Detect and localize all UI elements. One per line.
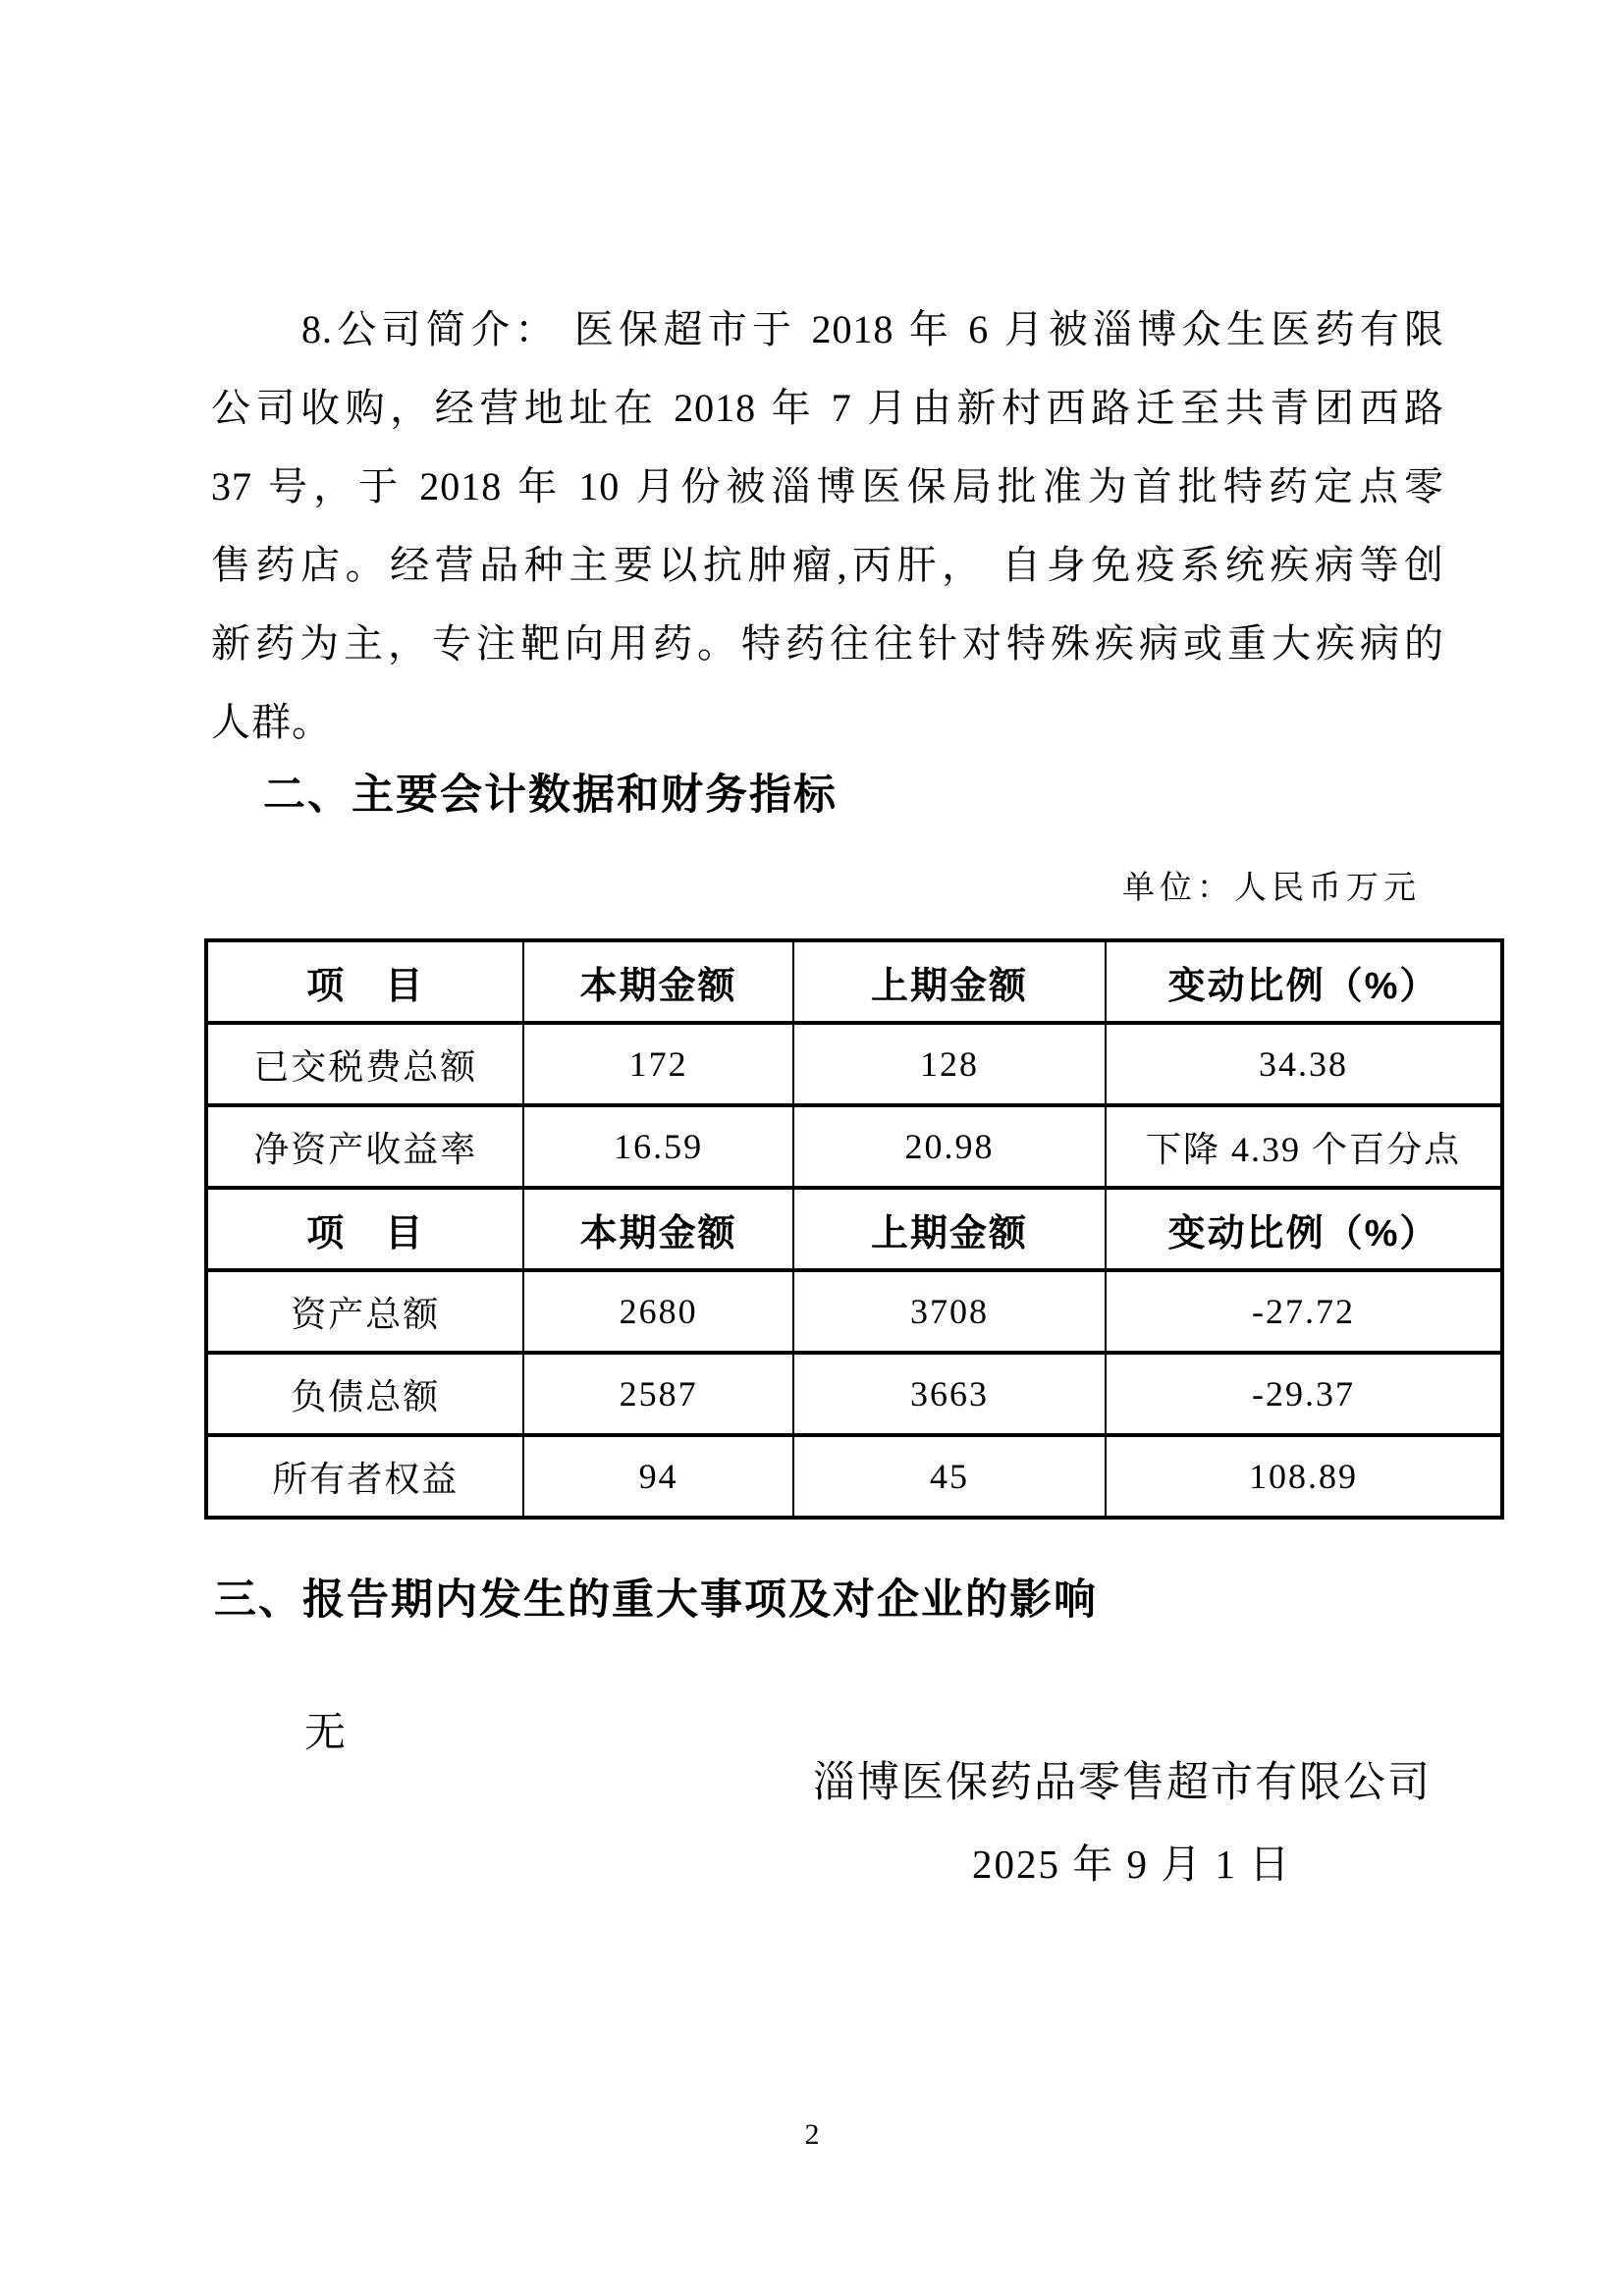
table-cell-current: 2587	[523, 1353, 793, 1435]
table-header-cell: 变动比例（%）	[1106, 940, 1502, 1023]
signature-date: 2025 年 9 月 1 日	[972, 1832, 1291, 1890]
table-row: 所有者权益 94 45 108.89	[206, 1435, 1502, 1518]
table-cell-item: 净资产收益率	[206, 1105, 523, 1188]
table-cell-change: -27.72	[1106, 1270, 1502, 1353]
section-2-heading: 二、主要会计数据和财务指标	[263, 762, 838, 822]
table-cell-current: 2680	[523, 1270, 793, 1353]
table-row: 已交税费总额 172 128 34.38	[206, 1023, 1502, 1105]
table-cell-previous: 20.98	[793, 1105, 1106, 1188]
document-page: 8.公司简介： 医保超市于 2018 年 6 月被淄博众生医药有限 公司收购，经…	[0, 0, 1624, 2296]
table-header-cell: 变动比例（%）	[1106, 1188, 1502, 1270]
table-cell-current: 172	[523, 1023, 793, 1105]
table-cell-change: -29.37	[1106, 1353, 1502, 1435]
intro-line: 37 号，于 2018 年 10 月份被淄博医保局批准为首批特药定点零	[211, 448, 1444, 526]
table-header-cell: 上期金额	[793, 1188, 1106, 1270]
table-cell-previous: 45	[793, 1435, 1106, 1518]
financial-indicators-table: 项 目 本期金额 上期金额 变动比例（%） 已交税费总额 172 128 34.…	[204, 938, 1504, 1520]
page-number: 2	[0, 2118, 1624, 2152]
table-header-cell: 上期金额	[793, 940, 1106, 1023]
table-header-cell: 项 目	[206, 1188, 523, 1270]
table-cell-current: 94	[523, 1435, 793, 1518]
table-cell-previous: 3663	[793, 1353, 1106, 1435]
table-cell-change: 下降 4.39 个百分点	[1106, 1105, 1502, 1188]
table-cell-item: 已交税费总额	[206, 1023, 523, 1105]
intro-line: 8.公司简介： 医保超市于 2018 年 6 月被淄博众生医药有限	[211, 291, 1444, 369]
intro-line: 新药为主，专注靶向用药。特药往往针对特殊疾病或重大疾病的	[211, 605, 1444, 683]
table-row: 净资产收益率 16.59 20.98 下降 4.39 个百分点	[206, 1105, 1502, 1188]
table-cell-item: 所有者权益	[206, 1435, 523, 1518]
table-row: 负债总额 2587 3663 -29.37	[206, 1353, 1502, 1435]
section-3-heading: 三、报告期内发生的重大事项及对企业的影响	[214, 1567, 1098, 1627]
intro-line: 公司收购，经营地址在 2018 年 7 月由新村西路迁至共青团西路	[211, 369, 1444, 448]
section-3-content: 无	[304, 1700, 346, 1759]
table-cell-previous: 128	[793, 1023, 1106, 1105]
table-unit-note: 单位：人民币万元	[211, 862, 1421, 908]
table-cell-previous: 3708	[793, 1270, 1106, 1353]
intro-line: 售药店。经营品种主要以抗肿瘤,丙肝， 自身免疫系统疾病等创	[211, 526, 1444, 605]
table-cell-current: 16.59	[523, 1105, 793, 1188]
table-header-row: 项 目 本期金额 上期金额 变动比例（%）	[206, 1188, 1502, 1270]
table-header-cell: 本期金额	[523, 1188, 793, 1270]
table-row: 资产总额 2680 3708 -27.72	[206, 1270, 1502, 1353]
signature-company-name: 淄博医保药品零售超市有限公司	[813, 1749, 1432, 1809]
intro-line: 人群。	[211, 683, 1444, 762]
table-cell-item: 资产总额	[206, 1270, 523, 1353]
table-header-row: 项 目 本期金额 上期金额 变动比例（%）	[206, 940, 1502, 1023]
company-intro-paragraph: 8.公司简介： 医保超市于 2018 年 6 月被淄博众生医药有限 公司收购，经…	[211, 291, 1444, 762]
table-cell-item: 负债总额	[206, 1353, 523, 1435]
table-cell-change: 34.38	[1106, 1023, 1502, 1105]
table-header-cell: 本期金额	[523, 940, 793, 1023]
table-cell-change: 108.89	[1106, 1435, 1502, 1518]
table-header-cell: 项 目	[206, 940, 523, 1023]
